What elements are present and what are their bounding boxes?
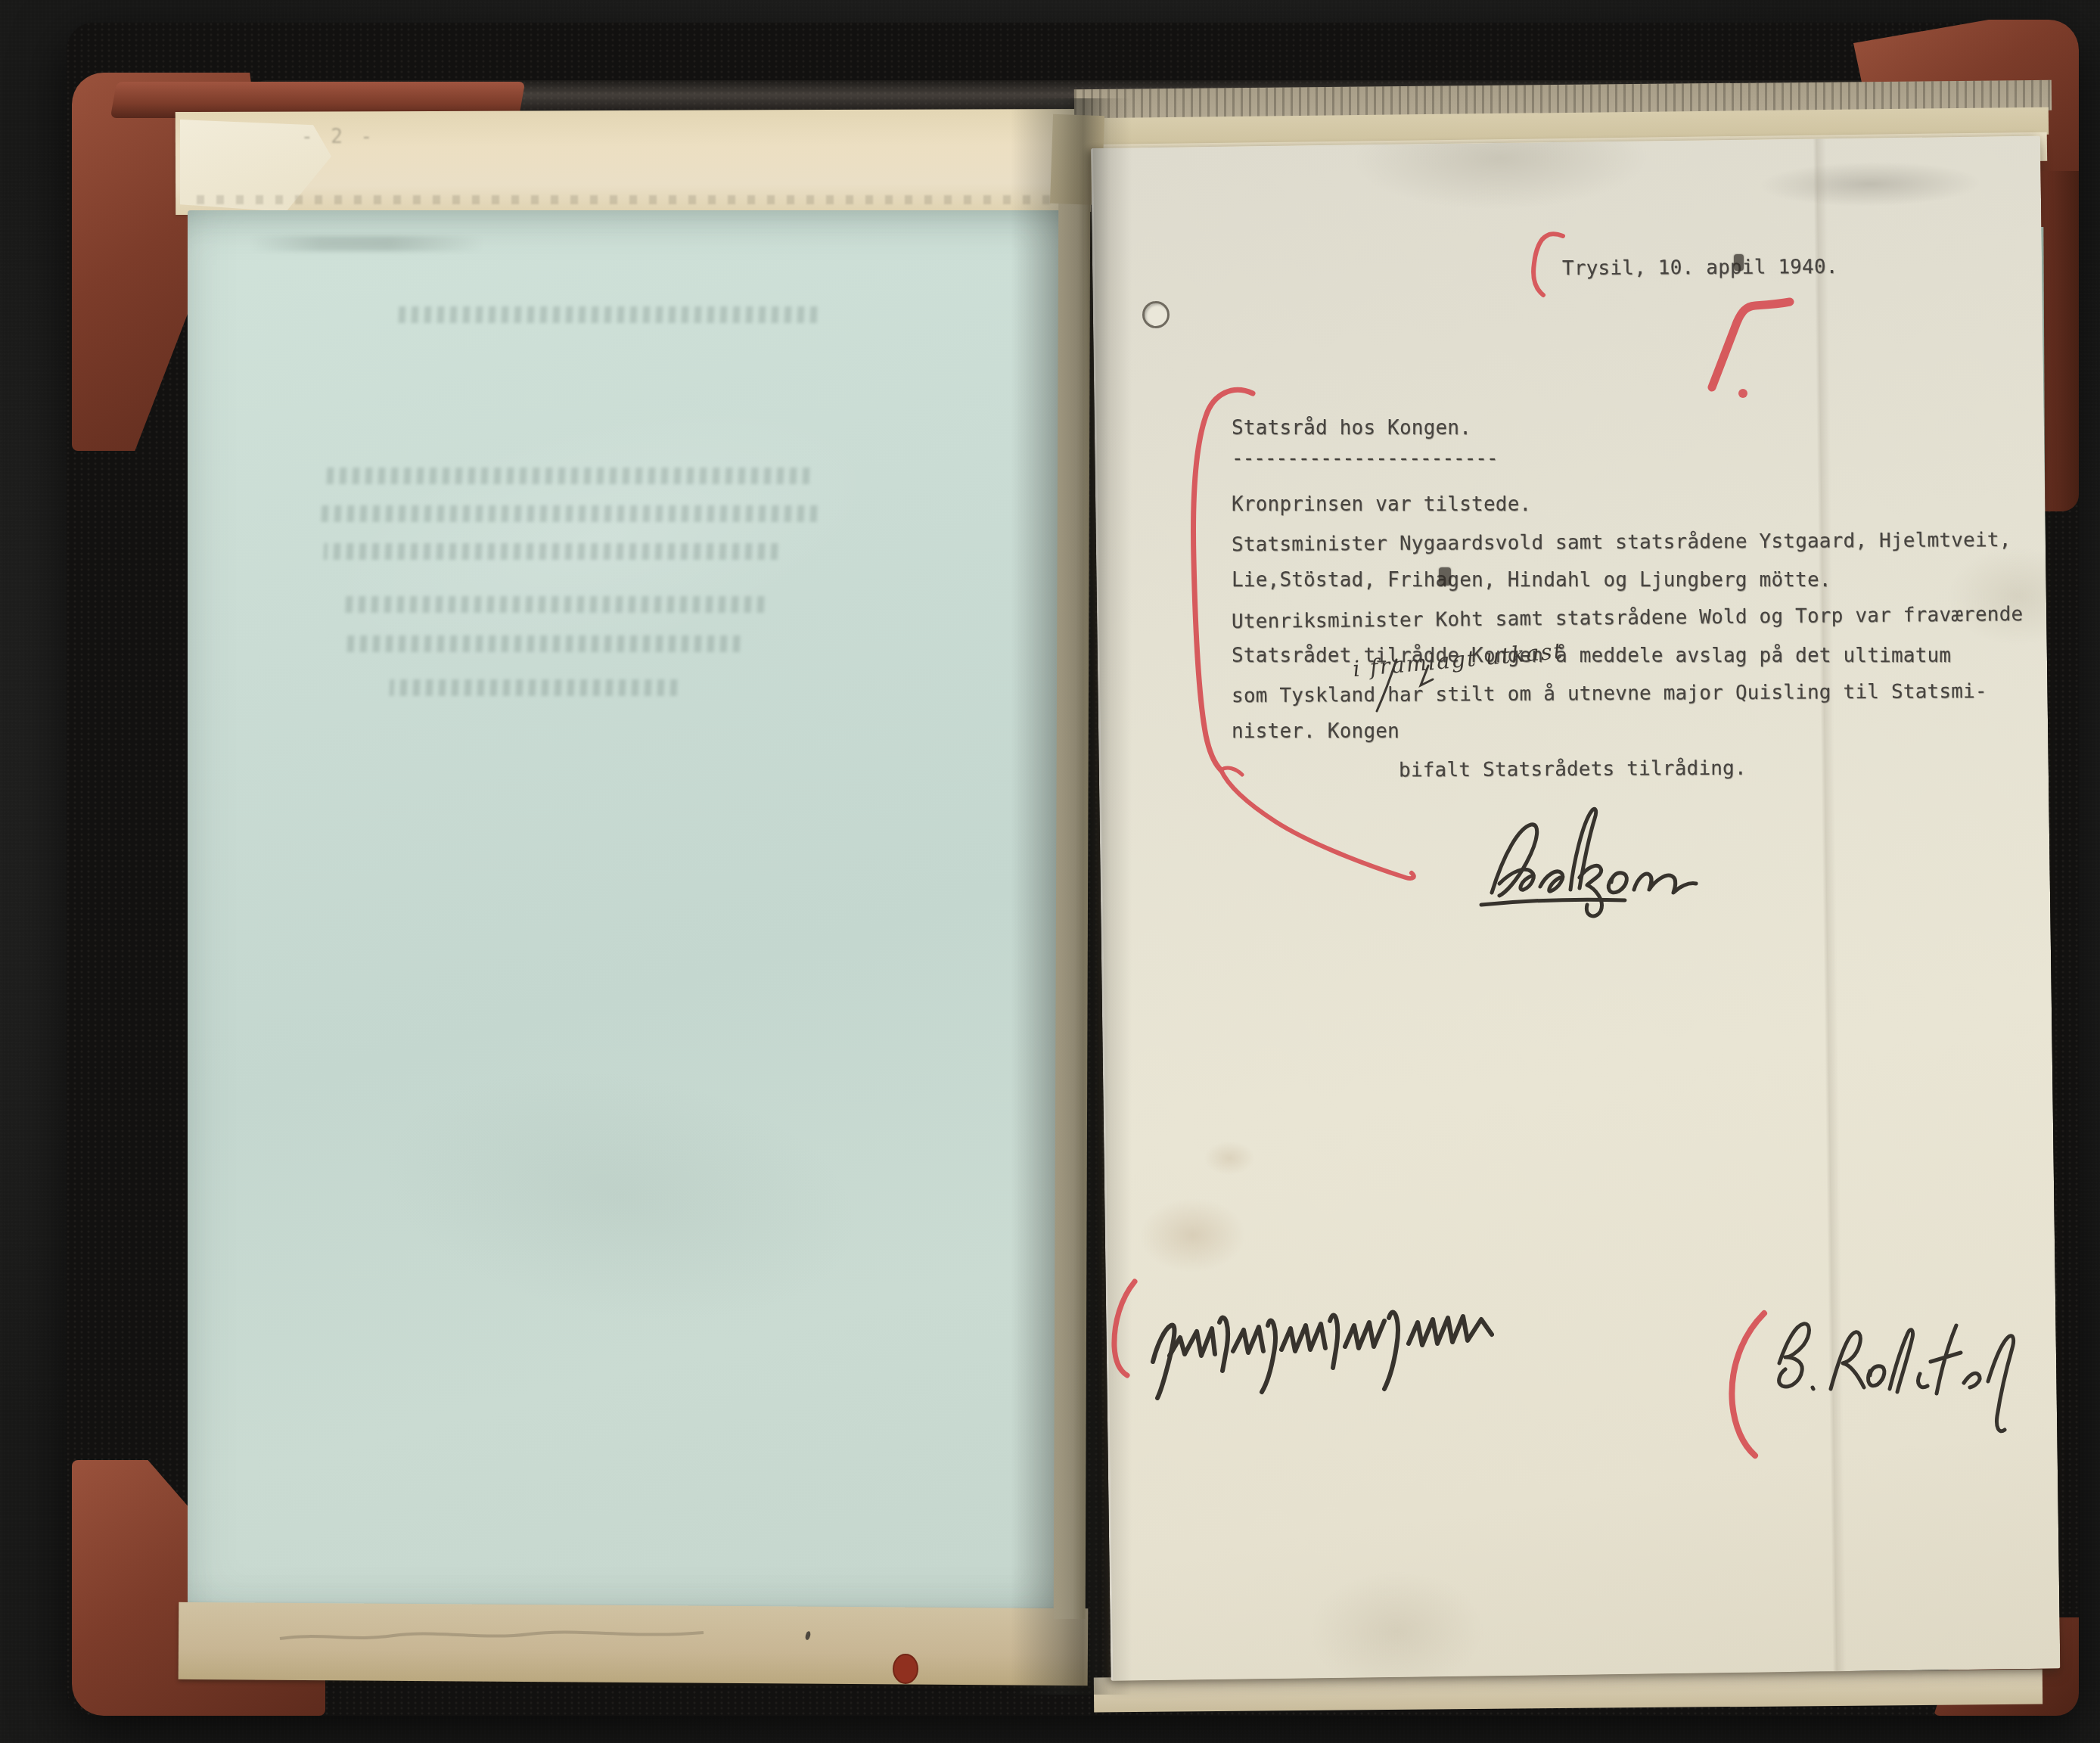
faint-page-number: - 2 - [301,127,375,147]
archival-photo-scene: - 2 - Trysil, 10. appil 1940. Statsråd h… [0,0,2100,1743]
gutter-shadow [1011,98,1132,1695]
heading-underline: ------------------------ [1232,448,1498,470]
body-line: nister. Kongen [1232,721,1399,743]
bleedthrough-line [324,543,778,560]
paper-wrinkle [253,904,986,1487]
overstrike-mark-date [1734,254,1744,271]
flyleaf-bleedthrough-row [197,195,1067,204]
bleedthrough-line [346,635,741,652]
graphite-smudge [250,236,484,251]
left-page-bottom-edge [179,1602,1089,1686]
body-line: Statsrådet tilrådde Kongen å meddele avs… [1232,645,1951,667]
bleedthrough-line [340,596,765,613]
body-line: bifalt Statsrådets tilråding. [1399,758,1747,781]
bleedthrough-line [318,505,818,522]
body-line: Lie,Stöstad, Frihagen, Hindahl og Ljungb… [1232,570,1831,592]
body-line: som Tyskland har stilt om å utnevne majo… [1232,681,1987,707]
bleedthrough-line [325,468,810,484]
right-document-page [1091,136,2060,1681]
body-line: Kronprinsen var tilstede. [1232,494,1531,516]
body-line: Statsminister Nygaardsvold samt statsråd… [1232,530,2011,556]
document-heading: Statsråd hos Kongen. [1232,418,1471,440]
punch-hole [1142,301,1170,328]
overstrike-mark-frihagen [1439,567,1451,586]
bleedthrough-line [393,306,818,323]
bleedthrough-line [390,679,678,696]
date-line: Trysil, 10. appil 1940. [1562,256,1838,280]
